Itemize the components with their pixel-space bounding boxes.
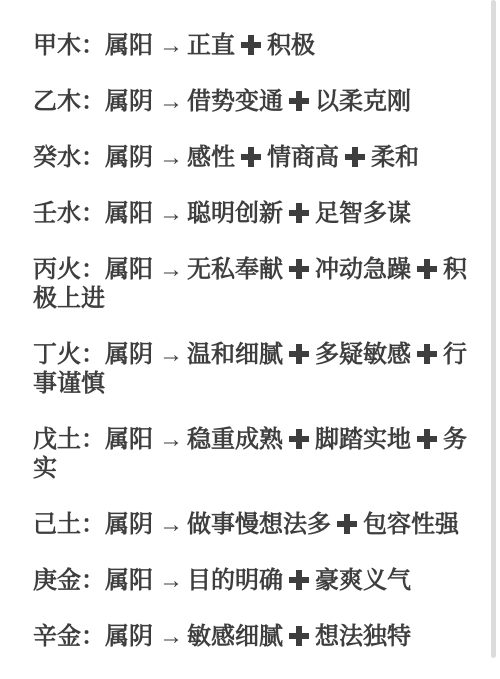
stem-label: 壬水： xyxy=(33,200,105,227)
plus-icon-bar xyxy=(352,147,358,167)
trait-text: 无私奉献 xyxy=(187,256,283,283)
polarity-label: 属阴 xyxy=(105,341,153,368)
trait-text: 借势变通 xyxy=(187,88,283,115)
arrow-icon: → xyxy=(159,87,183,116)
trait-text: 做事慢想法多 xyxy=(187,511,331,538)
stem-label: 戊土： xyxy=(33,426,105,453)
trait-text: 目的明确 xyxy=(187,567,283,594)
polarity-label: 属阴 xyxy=(105,511,153,538)
trait-text: 聪明创新 xyxy=(187,200,283,227)
plus-icon-bar xyxy=(296,570,302,590)
plus-icon xyxy=(241,35,261,55)
plus-icon-bar xyxy=(248,35,254,55)
plus-icon-bar xyxy=(296,203,302,223)
plus-icon xyxy=(289,344,309,364)
trait-text: 想法独特 xyxy=(315,623,411,650)
trait-text: 足智多谋 xyxy=(315,200,411,227)
polarity-label: 属阳 xyxy=(105,200,153,227)
stem-label: 丁火： xyxy=(33,341,105,368)
trait-text: 稳重成熟 xyxy=(187,426,283,453)
stem-label: 甲木： xyxy=(33,32,105,59)
arrow-icon: → xyxy=(159,622,183,651)
plus-icon-bar xyxy=(424,259,430,279)
polarity-label: 属阴 xyxy=(105,623,153,650)
plus-icon xyxy=(241,147,261,167)
arrow-icon: → xyxy=(159,255,183,284)
plus-icon-bar xyxy=(424,344,430,364)
trait-text: 敏感细腻 xyxy=(187,623,283,650)
polarity-label: 属阴 xyxy=(105,88,153,115)
plus-icon-bar xyxy=(296,626,302,646)
arrow-icon: → xyxy=(159,425,183,454)
polarity-label: 属阳 xyxy=(105,567,153,594)
plus-icon-bar xyxy=(248,147,254,167)
arrow-icon: → xyxy=(159,340,183,369)
polarity-label: 属阳 xyxy=(105,256,153,283)
scrollbar-thumb[interactable] xyxy=(491,0,496,658)
trait-text: 豪爽义气 xyxy=(315,567,411,594)
plus-icon xyxy=(289,429,309,449)
stem-label: 己土： xyxy=(33,511,105,538)
polarity-label: 属阴 xyxy=(105,144,153,171)
trait-text: 正直 xyxy=(187,32,235,59)
stem-label: 乙木： xyxy=(33,88,105,115)
stem-label: 癸水： xyxy=(33,144,105,171)
trait-text: 包容性强 xyxy=(363,511,459,538)
trait-text: 冲动急躁 xyxy=(315,256,411,283)
stem-row: 庚金：属阳→目的明确豪爽义气 xyxy=(33,566,490,595)
trait-text: 柔和 xyxy=(371,144,419,171)
plus-icon xyxy=(345,147,365,167)
plus-icon-bar xyxy=(344,514,350,534)
plus-icon xyxy=(417,259,437,279)
stem-row: 丙火：属阳→无私奉献冲动急躁积极上进 xyxy=(33,255,490,313)
trait-text: 以柔克刚 xyxy=(315,88,411,115)
stem-label: 辛金： xyxy=(33,623,105,650)
stem-row: 丁火：属阴→温和细腻多疑敏感行事谨慎 xyxy=(33,340,490,398)
plus-icon xyxy=(417,344,437,364)
stem-row: 戊土：属阳→稳重成熟脚踏实地务实 xyxy=(33,425,490,483)
stem-row: 甲木：属阳→正直积极 xyxy=(33,31,490,60)
stem-list: 甲木：属阳→正直积极乙木：属阴→借势变通以柔克刚癸水：属阴→感性情商高柔和壬水：… xyxy=(0,0,500,651)
trait-text: 温和细腻 xyxy=(187,341,283,368)
plus-icon-bar xyxy=(296,429,302,449)
trait-text: 脚踏实地 xyxy=(315,426,411,453)
arrow-icon: → xyxy=(159,510,183,539)
stem-row: 癸水：属阴→感性情商高柔和 xyxy=(33,143,490,172)
plus-icon-bar xyxy=(296,259,302,279)
plus-icon-bar xyxy=(296,344,302,364)
stem-label: 丙火： xyxy=(33,256,105,283)
plus-icon xyxy=(289,91,309,111)
trait-text: 多疑敏感 xyxy=(315,341,411,368)
plus-icon xyxy=(289,259,309,279)
plus-icon xyxy=(417,429,437,449)
stem-row: 乙木：属阴→借势变通以柔克刚 xyxy=(33,87,490,116)
trait-text: 积极 xyxy=(267,32,315,59)
arrow-icon: → xyxy=(159,143,183,172)
stem-row: 辛金：属阴→敏感细腻想法独特 xyxy=(33,622,490,651)
plus-icon-bar xyxy=(296,91,302,111)
stem-row: 壬水：属阳→聪明创新足智多谋 xyxy=(33,199,490,228)
arrow-icon: → xyxy=(159,199,183,228)
trait-text: 情商高 xyxy=(267,144,339,171)
stem-row: 己土：属阴→做事慢想法多包容性强 xyxy=(33,510,490,539)
plus-icon xyxy=(289,203,309,223)
plus-icon xyxy=(289,570,309,590)
polarity-label: 属阳 xyxy=(105,426,153,453)
polarity-label: 属阳 xyxy=(105,32,153,59)
plus-icon xyxy=(337,514,357,534)
plus-icon-bar xyxy=(424,429,430,449)
trait-text: 感性 xyxy=(187,144,235,171)
arrow-icon: → xyxy=(159,31,183,60)
arrow-icon: → xyxy=(159,566,183,595)
stem-label: 庚金： xyxy=(33,567,105,594)
plus-icon xyxy=(289,626,309,646)
